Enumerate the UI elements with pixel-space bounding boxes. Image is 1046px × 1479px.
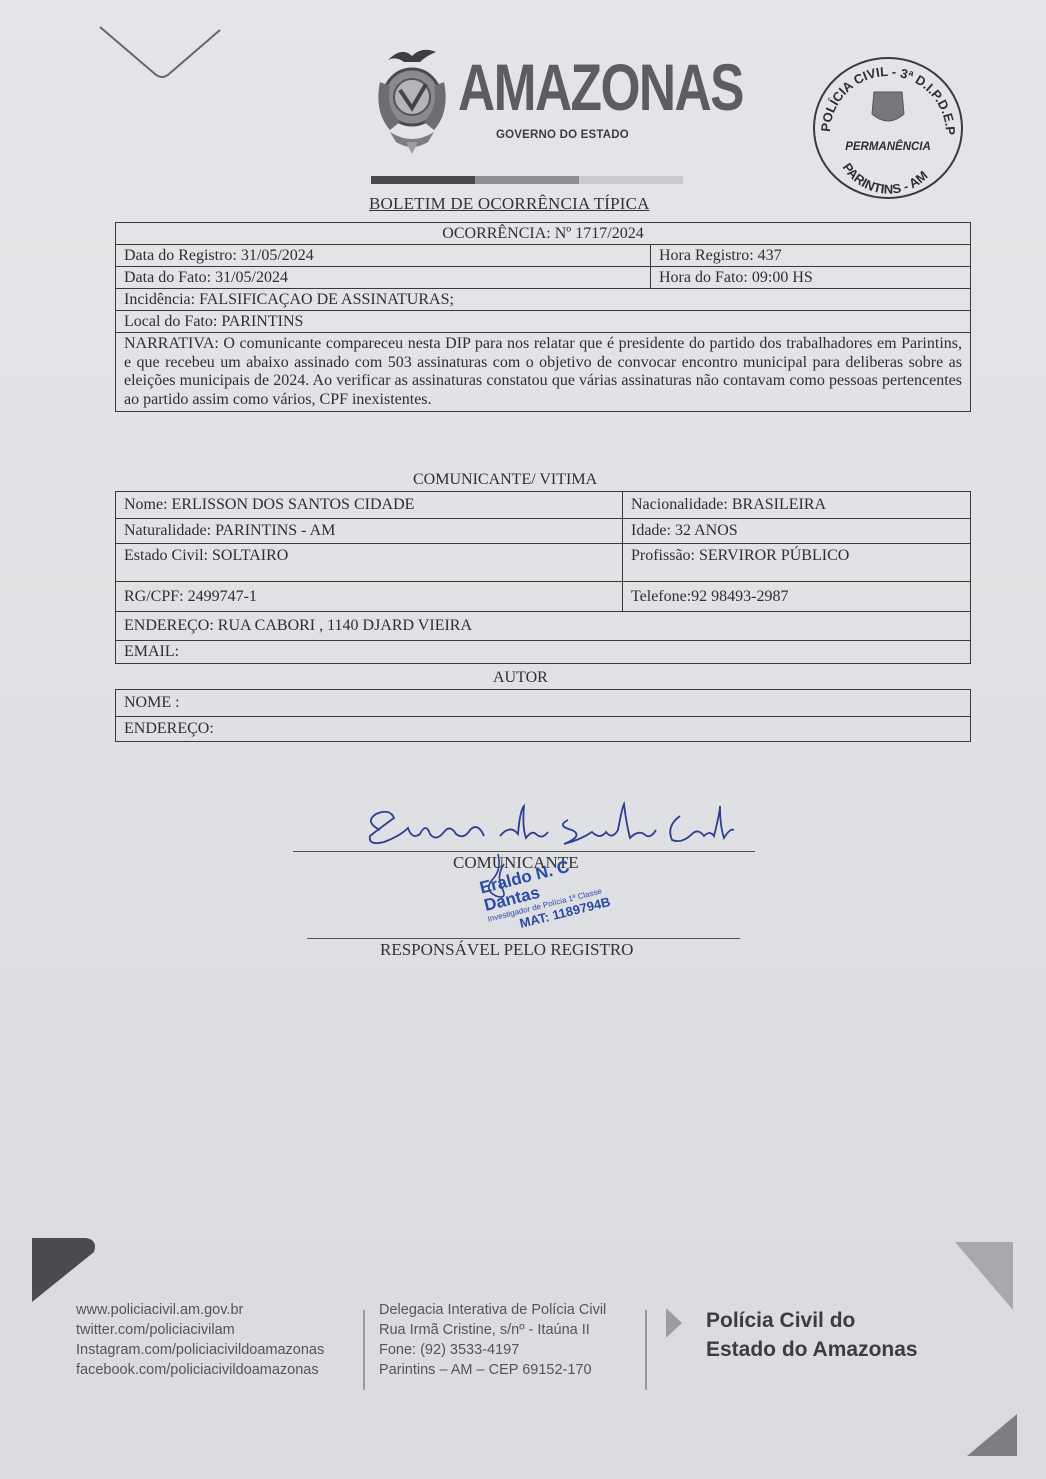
idade-field: Idade: 32 ANOS — [623, 519, 971, 544]
local-fato-field: Local do Fato: PARINTINS — [116, 311, 971, 333]
narrativa-field: NARRATIVA: O comunicante compareceu nest… — [116, 333, 971, 412]
occurrence-table: OCORRÊNCIA: Nº 1717/2024 Data do Registr… — [115, 222, 971, 412]
endereco-field: ENDEREÇO: RUA CABORI , 1140 DJARD VIEIRA — [116, 612, 971, 641]
footer-corner-shape-top-icon — [955, 1238, 1017, 1314]
footer-brand-line1: Polícia Civil do — [706, 1306, 918, 1335]
autor-nome-field: NOME : — [116, 690, 971, 717]
brand-subtitle: GOVERNO DO ESTADO — [496, 129, 629, 141]
hora-registro-field: Hora Registro: 437 — [651, 245, 971, 267]
nome-field: Nome: ERLISSON DOS SANTOS CIDADE — [116, 492, 623, 519]
footer-address-line: Parintins – AM – CEP 69152-170 — [379, 1360, 606, 1380]
footer-link-website[interactable]: www.policiacivil.am.gov.br — [76, 1300, 324, 1320]
footer-address-line: Fone: (92) 3533-4197 — [379, 1340, 606, 1360]
incidencia-field: Incidência: FALSIFICAÇAO DE ASSINATURAS; — [116, 289, 971, 311]
telefone-field: Telefone:92 98493-2987 — [623, 582, 971, 612]
footer-divider-1 — [363, 1310, 365, 1390]
footer-address: Delegacia Interativa de Polícia Civil Ru… — [379, 1300, 606, 1380]
estado-civil-field: Estado Civil: SOLTAIRO — [116, 544, 623, 582]
data-registro-field: Data do Registro: 31/05/2024 — [116, 245, 651, 267]
footer-brand-line2: Estado do Amazonas — [706, 1335, 918, 1364]
svg-text:PARINTINS - AM: PARINTINS - AM — [840, 160, 931, 197]
footer-brand: Polícia Civil do Estado do Amazonas — [706, 1306, 918, 1364]
occurrence-heading: OCORRÊNCIA: Nº 1717/2024 — [116, 223, 971, 245]
footer-links: www.policiacivil.am.gov.br twitter.com/p… — [76, 1300, 324, 1380]
data-fato-field: Data do Fato: 31/05/2024 — [116, 267, 651, 289]
hora-fato-field: Hora do Fato: 09:00 HS — [651, 267, 971, 289]
footer-arrow-icon — [666, 1308, 682, 1338]
autor-table: NOME : ENDEREÇO: — [115, 689, 971, 742]
police-permanence-stamp: POLÍCIA CIVIL - 3ª D.I.P.D.E.P. PERMANÊN… — [808, 52, 966, 202]
responsavel-label: RESPONSÁVEL PELO REGISTRO — [380, 940, 633, 960]
fold-mark-icon — [95, 22, 225, 82]
footer-address-line: Delegacia Interativa de Polícia Civil — [379, 1300, 606, 1320]
comunicante-heading: COMUNICANTE/ VITIMA — [413, 471, 597, 489]
footer-corner-triangle-icon — [32, 1238, 98, 1302]
document-title: BOLETIM DE OCORRÊNCIA TÍPICA — [369, 194, 650, 214]
rg-cpf-field: RG/CPF: 2499747-1 — [116, 582, 623, 612]
footer-divider-2 — [645, 1310, 647, 1390]
footer-link-twitter[interactable]: twitter.com/policiacivilam — [76, 1320, 324, 1340]
brand-wordmark: AMAZONAS — [458, 54, 743, 120]
coat-of-arms-icon — [370, 42, 455, 157]
stamp-center-text: PERMANÊNCIA — [845, 140, 931, 153]
nacionalidade-field: Nacionalidade: BRASILEIRA — [623, 492, 971, 519]
header-color-bar — [371, 176, 683, 184]
footer-link-instagram[interactable]: Instagram.com/policiacivildoamazonas — [76, 1340, 324, 1360]
profissao-field: Profissão: SERVIROR PÚBLICO — [623, 544, 971, 582]
footer-link-facebook[interactable]: facebook.com/policiacivildoamazonas — [76, 1360, 324, 1380]
amazonas-government-logo: AMAZONAS GOVERNO DO ESTADO — [370, 42, 690, 157]
police-badge-icon — [872, 92, 904, 121]
naturalidade-field: Naturalidade: PARINTINS - AM — [116, 519, 623, 544]
responsavel-signature-line — [307, 938, 740, 939]
comunicante-table: Nome: ERLISSON DOS SANTOS CIDADE Naciona… — [115, 491, 971, 664]
footer-corner-shape-bottom-icon — [965, 1412, 1021, 1458]
footer-address-line: Rua Irmã Cristine, s/nº - Itaúna II — [379, 1320, 606, 1340]
autor-endereco-field: ENDEREÇO: — [116, 717, 971, 742]
autor-heading: AUTOR — [493, 669, 548, 687]
email-field: EMAIL: — [116, 641, 971, 664]
stamp-bottom-text: PARINTINS - AM — [840, 160, 931, 197]
